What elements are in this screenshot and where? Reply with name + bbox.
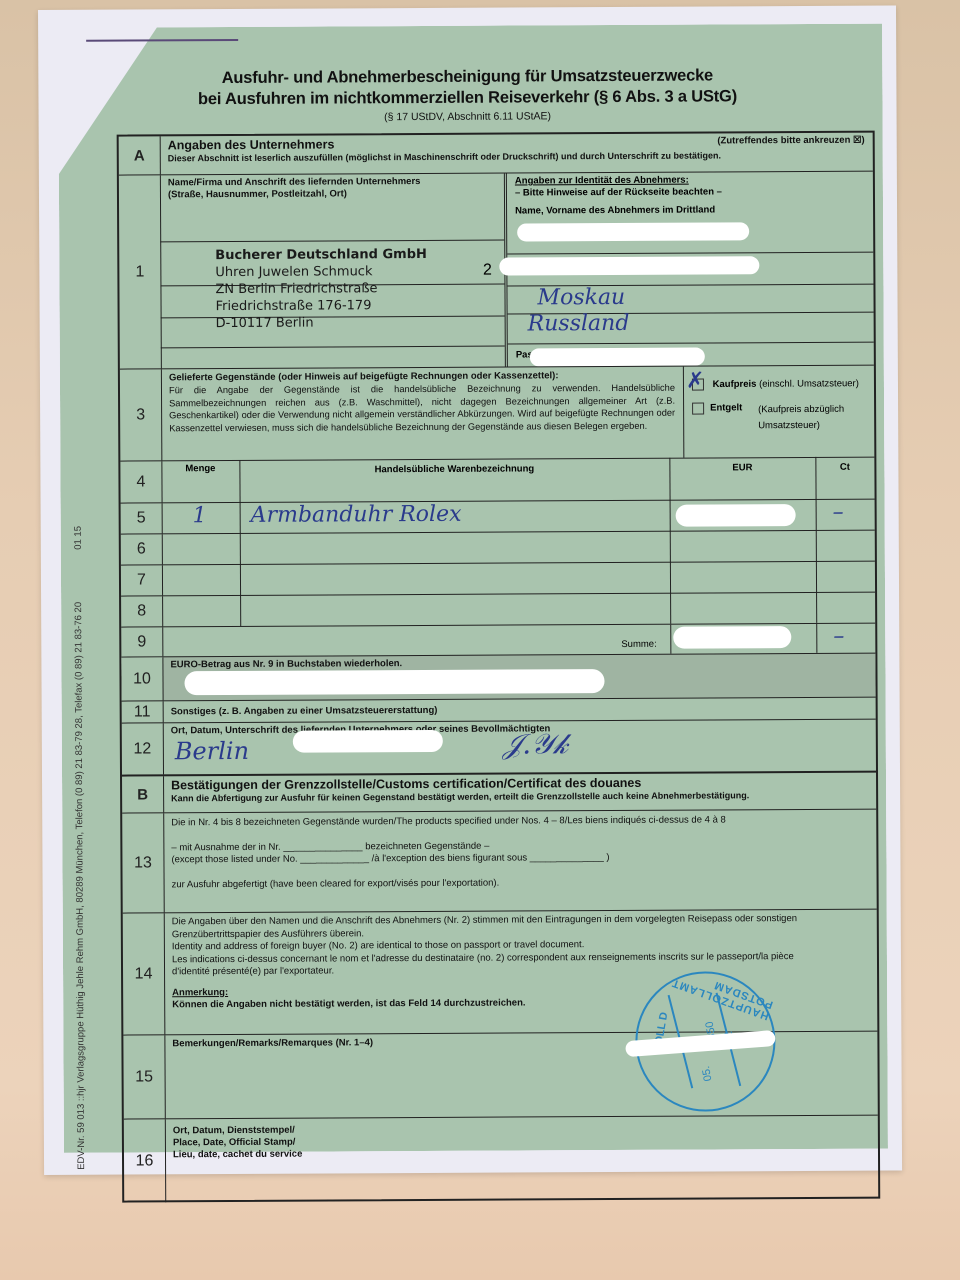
field-num-1: 1	[119, 175, 162, 368]
field-10-amount-words[interactable]: EURO-Betrag aus Nr. 9 in Buchstaben wied…	[162, 654, 875, 701]
row-num: 8	[121, 596, 163, 626]
supplier-name: Bucherer Deutschland GmbH	[215, 246, 427, 264]
document-header: Ausfuhr- und Abnehmerbescheinigung für U…	[38, 66, 896, 125]
field-1-label-2: (Straße, Hausnummer, Postleitzahl, Ort)	[168, 188, 496, 202]
supplier-line-2: Uhren Juwelen Schmuck	[215, 263, 427, 281]
table-row: 6	[121, 530, 875, 565]
field-16: 16 Ort, Datum, Dienststempel/ Place, Dat…	[124, 1115, 878, 1203]
field-3-description: Gelieferte Gegenstände (oder Hinweis auf…	[161, 367, 684, 461]
row-num: 5	[121, 503, 163, 533]
paper-sheet: Ausfuhr- und Abnehmerbescheinigung für U…	[38, 6, 902, 1175]
field-num-15: 15	[123, 1035, 165, 1118]
table-row: 8	[121, 592, 875, 627]
option-entgelt[interactable]: Entgelt (Kaufpreis abzüglich Umsatzsteue…	[692, 402, 866, 435]
field-12-signature[interactable]: Ort, Datum, Unterschrift des liefernden …	[163, 720, 876, 775]
version-text: 01 15	[73, 526, 84, 550]
table-row: 7	[121, 561, 875, 596]
supplier-line-4: Friedrichstraße 176-179	[216, 297, 428, 315]
item-qty[interactable]: 1	[193, 503, 207, 528]
sum-row: 9 Summe: –	[121, 623, 875, 657]
field-num-9: 9	[121, 627, 163, 656]
section-a-hint: (Zutreffendes bitte ankreuzen ☒)	[717, 135, 864, 150]
title-line-1: Ausfuhr- und Abnehmerbescheinigung für U…	[38, 66, 896, 89]
field-16-stamp-area[interactable]: Ort, Datum, Dienststempel/ Place, Date, …	[165, 1116, 878, 1203]
items-header-row: 4 Menge Handelsübliche Warenbezeichnung …	[120, 457, 874, 503]
entgelt-checkbox[interactable]	[692, 403, 704, 415]
field-3-text: Für die Angabe der Gegenstände ist die h…	[169, 382, 675, 435]
customs-stamp: HAUPTZOLLAMT POTSDAM ZOLL D 1850 05. 32	[635, 971, 776, 1112]
field-num-16: 16	[124, 1119, 166, 1202]
signature-mark: 𝒥.𝒴𝓀	[503, 727, 568, 761]
field-11-label: Sonstiges (z. B. Angaben zu einer Umsatz…	[171, 703, 868, 719]
redacted-date	[293, 730, 443, 753]
field-10: 10 EURO-Betrag aus Nr. 9 in Buchstaben w…	[121, 653, 875, 701]
field-num-3: 3	[120, 369, 162, 460]
field-13-line-4: zur Ausfuhr abgefertigt (have been clear…	[172, 875, 869, 891]
field-13-line-3: (except those listed under No. _________…	[171, 851, 868, 867]
section-letter-b: B	[122, 776, 164, 812]
field-num-4: 4	[120, 461, 162, 502]
table-row: 51Armbanduhr Rolex–	[121, 499, 875, 534]
redacted-sum	[673, 626, 791, 649]
price-type-options: ✗ Kaufpreis (einschl. Umsatzsteuer) Entg…	[684, 366, 874, 458]
redacted-price	[676, 504, 796, 527]
row-num: 7	[121, 565, 163, 595]
kaufpreis-label: Kaufpreis	[713, 379, 757, 390]
section-b-subtitle: Kann die Abfertigung zur Ausfuhr für kei…	[171, 789, 868, 805]
field-num-13: 13	[122, 813, 165, 912]
col-ct-header: Ct	[815, 462, 874, 473]
row-num: 6	[121, 534, 163, 564]
field-13-line-1: Die in Nr. 4 bis 8 bezeichneten Gegenstä…	[171, 814, 868, 830]
field-1-supplier[interactable]: Name/Firma und Anschrift des liefernden …	[160, 174, 506, 369]
redacted-stamp-detail	[625, 1030, 776, 1057]
stamp-date: 05.	[700, 1065, 715, 1082]
field-14-line-5: d'identité présenté(e) par l'exportateur…	[172, 963, 869, 979]
signature-place: Berlin	[175, 737, 249, 765]
field-num-12: 12	[122, 723, 164, 774]
field-3: 3 Gelieferte Gegenstände (oder Hinweis a…	[120, 365, 874, 461]
field-13-clearance: Die in Nr. 4 bis 8 bezeichneten Gegenstä…	[163, 810, 877, 913]
form-table: A Angaben des Unternehmers (Zutreffendes…	[117, 131, 881, 1203]
buyer-country: Russland	[528, 311, 630, 337]
kaufpreis-note: (einschl. Umsatzsteuer)	[759, 378, 859, 390]
field-16-label-3: Lieu, date, cachet du service	[173, 1146, 870, 1162]
entgelt-label: Entgelt	[710, 402, 758, 434]
section-b-header: B Bestätigungen der Grenzzollstelle/Cust…	[122, 771, 876, 813]
field-num-10: 10	[121, 657, 163, 700]
option-kaufpreis[interactable]: ✗ Kaufpreis (einschl. Umsatzsteuer)	[692, 378, 866, 391]
field-2-buyer[interactable]: Angaben zur Identität des Abnehmers: – B…	[507, 172, 874, 367]
section-letter-a: A	[119, 136, 161, 174]
redacted-passport	[530, 348, 705, 367]
entgelt-note-1: (Kaufpreis abzüglich	[758, 404, 844, 415]
sum-label: Summe:	[621, 639, 656, 650]
item-ct[interactable]: –	[833, 500, 844, 525]
buyer-city: Moskau	[537, 285, 625, 310]
field-2-name-label: Name, Vorname des Abnehmers im Drittland	[515, 204, 865, 218]
supplier-line-5: D-10117 Berlin	[216, 314, 428, 332]
section-a-header: A Angaben des Unternehmers (Zutreffendes…	[119, 133, 873, 175]
col-qty-header: Menge	[161, 463, 239, 474]
section-a-title: Angaben des Unternehmers	[168, 137, 335, 152]
field-num-11: 11	[122, 701, 164, 722]
field-13: 13 Die in Nr. 4 bis 8 bezeichneten Gegen…	[122, 809, 877, 913]
item-description[interactable]: Armbanduhr Rolex	[251, 502, 462, 528]
redacted-address	[499, 256, 759, 275]
redacted-name	[517, 222, 749, 241]
field-num-14: 14	[123, 913, 166, 1034]
fields-1-2: 1 Name/Firma und Anschrift des liefernde…	[119, 171, 874, 369]
redacted-amount-words	[184, 669, 604, 695]
field-2-hint: – Bitte Hinweise auf der Rückseite beach…	[515, 186, 865, 200]
col-eur-header: EUR	[669, 462, 815, 474]
section-a-instruction: Dieser Abschnitt ist leserlich auszufüll…	[168, 149, 865, 165]
sum-ct: –	[833, 624, 844, 649]
supplier-line-3: ZN Berlin Friedrichstraße	[215, 280, 427, 298]
check-mark-icon: ✗	[686, 369, 705, 394]
title-line-2: bei Ausfuhren im nichtkommerziellen Reis…	[38, 87, 896, 110]
col-desc-header: Handelsübliche Warenbezeichnung	[239, 463, 669, 476]
field-12: 12 Ort, Datum, Unterschrift des liefernd…	[122, 719, 876, 775]
entgelt-note-2: Umsatzsteuer)	[758, 420, 820, 431]
